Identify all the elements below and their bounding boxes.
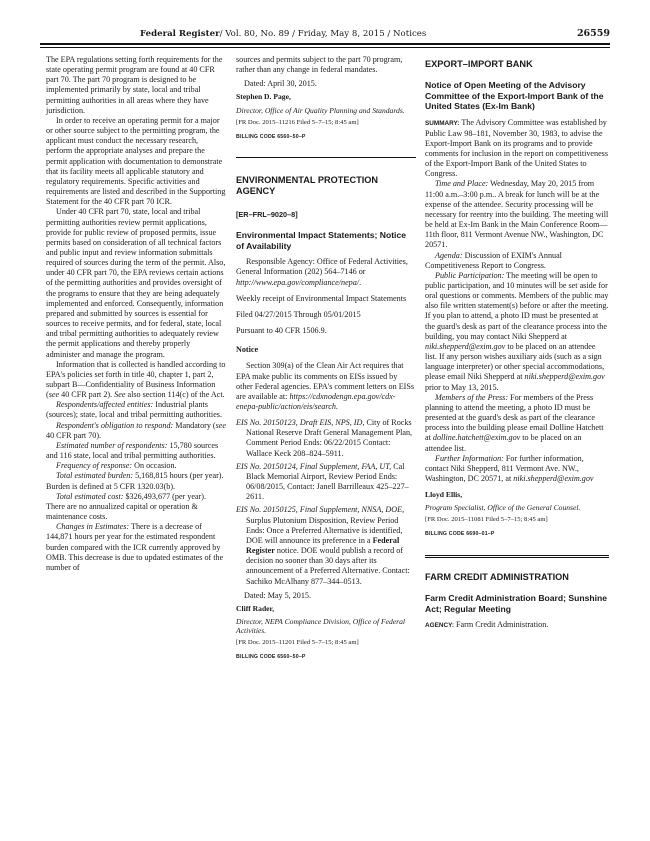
filed-dates: Filed 04/27/2015 Through 05/01/2015 — [236, 310, 416, 320]
obligation-field: Respondent's obligation to respond: Mand… — [46, 421, 226, 441]
fr-doc-line: [FR Doc. 2015–11201 Filed 5–7–15; 8:45 a… — [236, 638, 416, 648]
field-label: Members of the Press: — [435, 393, 508, 402]
billing-code: BILLING CODE 6690–01–P — [425, 529, 609, 539]
agency-heading: EXPORT–IMPORT BANK — [425, 59, 609, 70]
agency-heading: ENVIRONMENTAL PROTECTION AGENCY — [236, 175, 416, 197]
changes-field: Changes in Estimates: There is a decreas… — [46, 522, 226, 573]
field-label: Agenda: — [435, 251, 463, 260]
eis-entry: EIS No. 20150124, Final Supplement, FAA,… — [236, 462, 416, 503]
number-of-respondents-field: Estimated number of respondents: 15,780 … — [46, 441, 226, 461]
eis-label: EIS No. 20150124, Final Supplement, FAA,… — [236, 462, 391, 471]
email-link[interactable]: niki.shepperd@exim.gov — [525, 372, 605, 381]
field-label: Estimated number of respondents: — [56, 441, 167, 450]
notice-heading: Notice — [236, 345, 416, 355]
field-value: Wednesday, May 20, 2015 from 11:00 a.m.–… — [425, 179, 608, 249]
agency-field: AGENCY: Farm Credit Administration. — [425, 620, 609, 631]
signer-name: Lloyd Ellis, — [425, 490, 609, 500]
header-rule-thick — [40, 43, 610, 45]
billing-code: BILLING CODE 6560–50–P — [236, 652, 416, 662]
field-label: Respondent's obligation to respond: — [56, 421, 173, 430]
publication-name: Federal Register — [140, 29, 220, 39]
billing-code: BILLING CODE 6560–50–P — [236, 132, 416, 142]
fr-doc-line: [FR Doc. 2015–11081 Filed 5–7–15; 8:45 a… — [425, 515, 609, 525]
agenda-field: Agenda: Discussion of EXIM's Annual Comp… — [425, 251, 609, 271]
column-1: The EPA regulations setting forth requir… — [46, 55, 226, 573]
further-information-field: Further Information: For further informa… — [425, 454, 609, 484]
public-participation-field: Public Participation: The meeting will b… — [425, 271, 609, 393]
field-value: The meeting will be open to public parti… — [425, 271, 608, 341]
paragraph: sources and permits subject to the part … — [236, 55, 416, 75]
field-label: Total estimated cost: — [56, 492, 123, 501]
header-rule-thin — [40, 47, 610, 48]
field-label: Time and Place: — [435, 179, 488, 188]
field-label: AGENCY: — [425, 622, 454, 629]
page-number: 26559 — [577, 28, 610, 39]
field-label: Respondents/affected entities: — [56, 400, 153, 409]
field-label: Frequency of response: — [56, 461, 132, 470]
field-value: Mandatory ( — [173, 421, 215, 430]
paragraph: In order to receive an operating permit … — [46, 116, 226, 207]
text: see — [49, 390, 59, 399]
paragraph: Section 309(a) of the Clean Air Act requ… — [236, 361, 416, 412]
text: also section 114(c) of the Act. — [125, 390, 224, 399]
text: Responsible Agency: Office of Federal Ac… — [236, 257, 408, 276]
field-label: Changes in Estimates: — [56, 522, 129, 531]
summary-field: SUMMARY: The Advisory Committee was esta… — [425, 118, 609, 180]
email-link[interactable]: niki.shepperd@exim.gov — [425, 342, 505, 351]
running-header: Federal Register/ Vol. 80, No. 89 / Frid… — [40, 28, 610, 42]
section-divider — [236, 157, 416, 158]
signer-title: Director, NEPA Compliance Division, Offi… — [236, 617, 416, 635]
email-link[interactable]: dolline.hatchett@exim.gov — [433, 433, 520, 442]
signer-title: Director, Office of Air Quality Planning… — [236, 106, 416, 115]
agency-heading: FARM CREDIT ADMINISTRATION — [425, 572, 609, 583]
burden-field: Total estimated burden: 5,168,815 hours … — [46, 471, 226, 491]
column-2: sources and permits subject to the part … — [236, 55, 416, 662]
field-label: SUMMARY: — [425, 120, 459, 127]
press-field: Members of the Press: For members of the… — [425, 393, 609, 454]
dated-line: Dated: May 5, 2015. — [236, 591, 416, 601]
header-title: Federal Register/ Vol. 80, No. 89 / Frid… — [140, 29, 426, 39]
eis-entry: EIS No. 20150125, Final Supplement, NNSA… — [236, 505, 416, 586]
paragraph: The EPA regulations setting forth requir… — [46, 55, 226, 116]
subject-heading: Environmental Impact Statements; Notice … — [236, 230, 416, 251]
eis-label: EIS No. 20150125, Final Supplement, NNSA… — [236, 505, 404, 514]
field-value: Farm Credit Administration. — [454, 620, 548, 629]
field-value: prior to May 13, 2015. — [425, 383, 499, 392]
field-value: On occasion. — [132, 461, 176, 470]
cost-field: Total estimated cost: $326,493,677 (per … — [46, 492, 226, 522]
time-place-field: Time and Place: Wednesday, May 20, 2015 … — [425, 179, 609, 250]
text: 40 CFR part 2). — [59, 390, 114, 399]
subject-heading: Farm Credit Administration Board; Sunshi… — [425, 593, 609, 614]
field-label: Public Participation: — [435, 271, 504, 280]
column-3: EXPORT–IMPORT BANK Notice of Open Meetin… — [425, 55, 609, 631]
pursuant-line: Pursuant to 40 CFR 1506.9. — [236, 326, 416, 336]
text: . — [336, 402, 338, 411]
email-link[interactable]: niki.shepperd@exim.gov — [513, 474, 593, 483]
fr-doc-line: [FR Doc. 2015–11216 Filed 5–7–15; 8:45 a… — [236, 118, 416, 128]
signer-name: Cliff Rader, — [236, 604, 416, 614]
paragraph: Responsible Agency: Office of Federal Ac… — [236, 257, 416, 287]
weekly-receipt: Weekly receipt of Environmental Impact S… — [236, 294, 416, 304]
section-divider-double — [425, 555, 609, 559]
subject-heading: Notice of Open Meeting of the Advisory C… — [425, 80, 609, 112]
epa-nepa-link[interactable]: http://www.epa.gov/compliance/nepa/ — [236, 278, 359, 287]
field-value: 40 CFR part 70). — [46, 431, 101, 440]
frequency-field: Frequency of response: On occasion. — [46, 461, 226, 471]
paragraph: Information that is collected is handled… — [46, 360, 226, 401]
text: See — [114, 390, 125, 399]
paragraph: Under 40 CFR part 70, state, local and t… — [46, 207, 226, 359]
dated-line: Dated: April 30, 2015. — [236, 79, 416, 89]
signer-name: Stephen D. Page, — [236, 92, 416, 102]
field-label: Total estimated burden: — [56, 471, 133, 480]
text: see — [216, 421, 226, 430]
respondents-field: Respondents/affected entities: Industria… — [46, 400, 226, 420]
eis-entry: EIS No. 20150123, Draft EIS, NPS, ID, Ci… — [236, 418, 416, 459]
field-label: Further Information: — [435, 454, 504, 463]
docket-number: [ER–FRL–9020–8] — [236, 210, 416, 220]
eis-label: EIS No. 20150123, Draft EIS, NPS, ID, — [236, 418, 364, 427]
signer-title: Program Specialist, Office of the Genera… — [425, 503, 609, 512]
issue-info: / Vol. 80, No. 89 / Friday, May 8, 2015 … — [220, 29, 427, 39]
text: . — [359, 278, 361, 287]
